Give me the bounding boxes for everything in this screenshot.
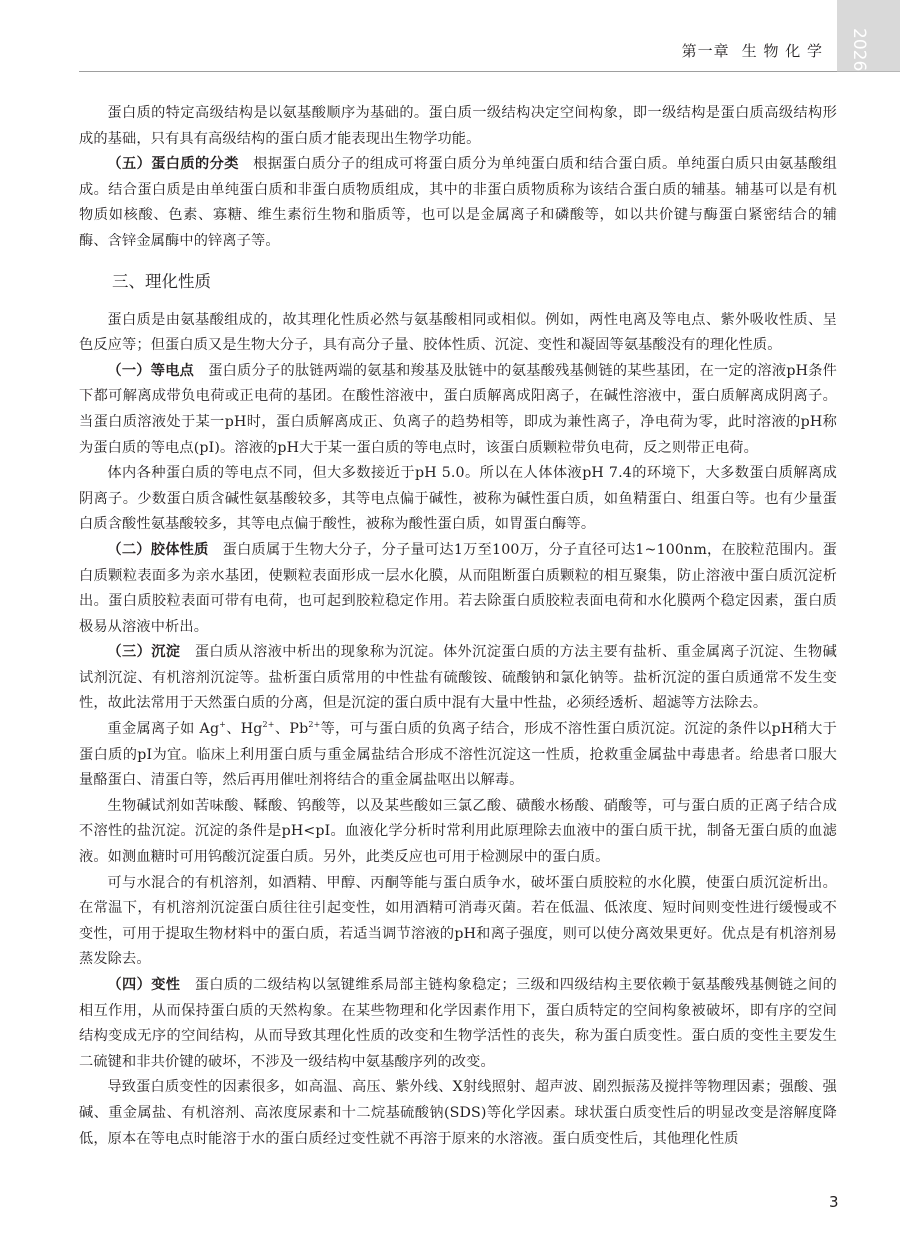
- superscript: +: [219, 720, 226, 729]
- paragraph: 蛋白质是由氨基酸组成的，故其理化性质必然与氨基酸相同或相似。例如，两性电离及等电…: [79, 308, 837, 359]
- subsection-heading: （一）等电点: [107, 363, 194, 379]
- paragraph: 生物碱试剂如苦味酸、鞣酸、钨酸等，以及某些酸如三氯乙酸、磺酸水杨酸、硝酸等，可与…: [79, 794, 837, 871]
- page-body: 蛋白质的特定高级结构是以氨基酸顺序为基础的。蛋白质一级结构决定空间构象，即一级结…: [79, 101, 837, 1152]
- subsection-heading: （四）变性: [107, 977, 180, 993]
- superscript: 2+: [308, 720, 320, 729]
- page-number: 3: [829, 1193, 839, 1211]
- paragraph-text: 蛋白质从溶液中析出的现象称为沉淀。体外沉淀蛋白质的方法主要有盐析、重金属离子沉淀…: [79, 644, 837, 711]
- paragraph-protein-classification: （五）蛋白质的分类根据蛋白质分子的组成可将蛋白质分为单纯蛋白质和结合蛋白质。单纯…: [79, 152, 837, 254]
- year-tab: 2026: [837, 0, 900, 72]
- section-heading: 三、理化性质: [79, 269, 837, 295]
- text-run: 、Pb: [275, 721, 309, 737]
- paragraph-precipitation: （三）沉淀蛋白质从溶液中析出的现象称为沉淀。体外沉淀蛋白质的方法主要有盐析、重金…: [79, 640, 837, 717]
- chapter-subject: 生 物 化 学: [742, 42, 823, 60]
- paragraph: 蛋白质的特定高级结构是以氨基酸顺序为基础的。蛋白质一级结构决定空间构象，即一级结…: [79, 101, 837, 152]
- paragraph-text: 蛋白质的二级结构以氢键维系局部主链构象稳定；三级和四级结构主要依赖于氨基酸残基侧…: [79, 977, 837, 1070]
- paragraph: 体内各种蛋白质的等电点不同，但大多数接近于pH 5.0。所以在人体体液pH 7.…: [79, 461, 837, 538]
- text-run: 、Hg: [226, 721, 263, 737]
- paragraph-heavy-metal: 重金属离子如 Ag+、Hg2+、Pb2+等，可与蛋白质的负离子结合，形成不溶性蛋…: [79, 717, 837, 794]
- superscript: 2+: [263, 720, 275, 729]
- subsection-heading: （五）蛋白质的分类: [107, 156, 238, 172]
- year-label: 2026: [849, 28, 869, 71]
- paragraph: 导致蛋白质变性的因素很多，如高温、高压、紫外线、X射线照射、超声波、剧烈振荡及搅…: [79, 1075, 837, 1152]
- chapter-title: 第一章生 物 化 学: [682, 40, 823, 61]
- paragraph-denaturation: （四）变性蛋白质的二级结构以氢键维系局部主链构象稳定；三级和四级结构主要依赖于氨…: [79, 973, 837, 1075]
- running-header: 第一章生 物 化 学: [79, 0, 837, 72]
- text-run: 重金属离子如 Ag: [107, 721, 219, 737]
- chapter-number: 第一章: [682, 42, 730, 60]
- subsection-heading: （三）沉淀: [107, 644, 180, 660]
- subsection-heading: （二）胶体性质: [107, 542, 208, 558]
- paragraph-isoelectric-point: （一）等电点蛋白质分子的肽链两端的氨基和羧基及肽链中的氨基酸残基侧链的某些基团，…: [79, 359, 837, 461]
- paragraph: 可与水混合的有机溶剂，如酒精、甲醇、丙酮等能与蛋白质争水，破坏蛋白质胶粒的水化膜…: [79, 871, 837, 973]
- paragraph-colloid-property: （二）胶体性质蛋白质属于生物大分子，分子量可达1万至100万，分子直径可达1~1…: [79, 538, 837, 640]
